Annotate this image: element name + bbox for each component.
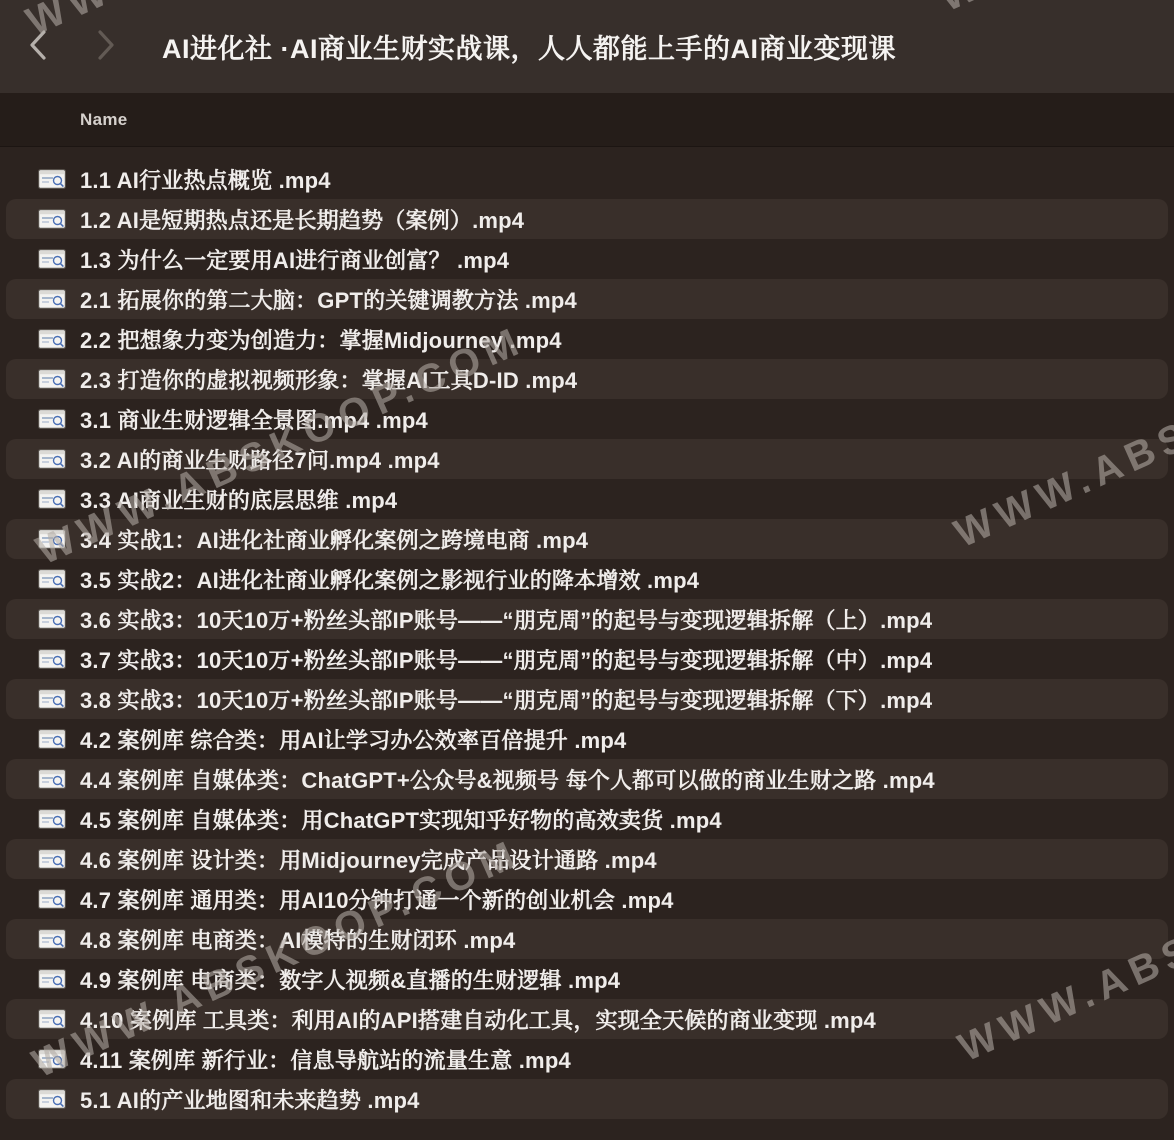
file-row[interactable]: 1.1 AI行业热点概览 .mp4 [6,159,1168,199]
back-button[interactable] [18,27,58,67]
file-row[interactable]: 2.2 把想象力变为创造力：掌握Midjourney .mp4 [6,319,1168,359]
file-name: 1.2 AI是短期热点还是长期趋势（案例）.mp4 [80,204,524,235]
file-row[interactable]: 4.2 案例库 综合类：用AI让学习办公效率百倍提升 .mp4 [6,719,1168,759]
video-file-icon [38,529,66,549]
file-row[interactable]: 3.2 AI的商业生财路径7问.mp4 .mp4 [6,439,1168,479]
window-toolbar: AI进化社 ·AI商业生财实战课，人人都能上手的AI商业变现课 [0,0,1174,93]
forward-button[interactable] [86,27,126,67]
file-row[interactable]: 4.11 案例库 新行业：信息导航站的流量生意 .mp4 [6,1039,1168,1079]
file-row[interactable]: 3.4 实战1：AI进化社商业孵化案例之跨境电商 .mp4 [6,519,1168,559]
video-file-icon [38,209,66,229]
file-name: 4.6 案例库 设计类：用Midjourney完成产品设计通路 .mp4 [80,844,657,875]
file-name: 3.6 实战3：10天10万+粉丝头部IP账号——“朋克周”的起号与变现逻辑拆解… [80,604,932,635]
file-row[interactable]: 3.5 实战2：AI进化社商业孵化案例之影视行业的降本增效 .mp4 [6,559,1168,599]
chevron-left-icon [27,28,49,65]
video-file-icon [38,689,66,709]
file-row[interactable]: 4.10 案例库 工具类：利用AI的API搭建自动化工具，实现全天候的商业变现 … [6,999,1168,1039]
video-file-icon [38,249,66,269]
file-row[interactable]: 3.6 实战3：10天10万+粉丝头部IP账号——“朋克周”的起号与变现逻辑拆解… [6,599,1168,639]
file-list: 1.1 AI行业热点概览 .mp4 1.2 AI是短期热点还是长期趋势（案例）.… [0,147,1174,1119]
video-file-icon [38,889,66,909]
list-column-header: Name [0,93,1174,147]
file-row[interactable]: 5.1 AI的产业地图和未来趋势 .mp4 [6,1079,1168,1119]
file-row[interactable]: 3.7 实战3：10天10万+粉丝头部IP账号——“朋克周”的起号与变现逻辑拆解… [6,639,1168,679]
video-file-icon [38,409,66,429]
name-column-header[interactable]: Name [80,110,128,130]
file-name: 4.8 案例库 电商类：AI模特的生财闭环 .mp4 [80,924,515,955]
video-file-icon [38,449,66,469]
file-name: 3.4 实战1：AI进化社商业孵化案例之跨境电商 .mp4 [80,524,588,555]
chevron-right-icon [95,28,117,65]
video-file-icon [38,329,66,349]
video-file-icon [38,849,66,869]
file-row[interactable]: 3.3 AI商业生财的底层思维 .mp4 [6,479,1168,519]
video-file-icon [38,769,66,789]
file-name: 2.3 打造你的虚拟视频形象：掌握AI工具D-ID .mp4 [80,364,577,395]
file-row[interactable]: 4.7 案例库 通用类：用AI10分钟打通一个新的创业机会 .mp4 [6,879,1168,919]
file-row[interactable]: 2.3 打造你的虚拟视频形象：掌握AI工具D-ID .mp4 [6,359,1168,399]
file-name: 5.1 AI的产业地图和未来趋势 .mp4 [80,1084,420,1115]
file-row[interactable]: 4.5 案例库 自媒体类：用ChatGPT实现知乎好物的高效卖货 .mp4 [6,799,1168,839]
file-name: 4.10 案例库 工具类：利用AI的API搭建自动化工具，实现全天候的商业变现 … [80,1004,876,1035]
file-row[interactable]: 4.4 案例库 自媒体类：ChatGPT+公众号&视频号 每个人都可以做的商业生… [6,759,1168,799]
video-file-icon [38,169,66,189]
file-name: 1.3 为什么一定要用AI进行商业创富？ .mp4 [80,244,509,275]
file-name: 3.8 实战3：10天10万+粉丝头部IP账号——“朋克周”的起号与变现逻辑拆解… [80,684,932,715]
video-file-icon [38,1049,66,1069]
file-row[interactable]: 1.2 AI是短期热点还是长期趋势（案例）.mp4 [6,199,1168,239]
video-file-icon [38,609,66,629]
video-file-icon [38,1009,66,1029]
file-name: 2.2 把想象力变为创造力：掌握Midjourney .mp4 [80,324,562,355]
file-name: 4.11 案例库 新行业：信息导航站的流量生意 .mp4 [80,1044,571,1075]
video-file-icon [38,649,66,669]
file-row[interactable]: 3.8 实战3：10天10万+粉丝头部IP账号——“朋克周”的起号与变现逻辑拆解… [6,679,1168,719]
file-name: 4.5 案例库 自媒体类：用ChatGPT实现知乎好物的高效卖货 .mp4 [80,804,722,835]
video-file-icon [38,929,66,949]
video-file-icon [38,1089,66,1109]
video-file-icon [38,489,66,509]
file-name: 3.1 商业生财逻辑全景图.mp4 .mp4 [80,404,428,435]
file-name: 4.4 案例库 自媒体类：ChatGPT+公众号&视频号 每个人都可以做的商业生… [80,764,935,795]
file-name: 3.2 AI的商业生财路径7问.mp4 .mp4 [80,444,440,475]
page-title: AI进化社 ·AI商业生财实战课，人人都能上手的AI商业变现课 [162,27,896,66]
file-name: 2.1 拓展你的第二大脑：GPT的关键调教方法 .mp4 [80,284,577,315]
file-name: 3.5 实战2：AI进化社商业孵化案例之影视行业的降本增效 .mp4 [80,564,699,595]
file-row[interactable]: 4.9 案例库 电商类：数字人视频&直播的生财逻辑 .mp4 [6,959,1168,999]
file-row[interactable]: 2.1 拓展你的第二大脑：GPT的关键调教方法 .mp4 [6,279,1168,319]
file-row[interactable]: 3.1 商业生财逻辑全景图.mp4 .mp4 [6,399,1168,439]
file-name: 1.1 AI行业热点概览 .mp4 [80,164,331,195]
video-file-icon [38,369,66,389]
video-file-icon [38,809,66,829]
file-name: 3.7 实战3：10天10万+粉丝头部IP账号——“朋克周”的起号与变现逻辑拆解… [80,644,932,675]
video-file-icon [38,969,66,989]
file-name: 4.7 案例库 通用类：用AI10分钟打通一个新的创业机会 .mp4 [80,884,674,915]
file-name: 4.2 案例库 综合类：用AI让学习办公效率百倍提升 .mp4 [80,724,626,755]
video-file-icon [38,569,66,589]
file-name: 4.9 案例库 电商类：数字人视频&直播的生财逻辑 .mp4 [80,964,620,995]
file-row[interactable]: 4.8 案例库 电商类：AI模特的生财闭环 .mp4 [6,919,1168,959]
video-file-icon [38,289,66,309]
file-row[interactable]: 4.6 案例库 设计类：用Midjourney完成产品设计通路 .mp4 [6,839,1168,879]
file-name: 3.3 AI商业生财的底层思维 .mp4 [80,484,397,515]
video-file-icon [38,729,66,749]
file-row[interactable]: 1.3 为什么一定要用AI进行商业创富？ .mp4 [6,239,1168,279]
